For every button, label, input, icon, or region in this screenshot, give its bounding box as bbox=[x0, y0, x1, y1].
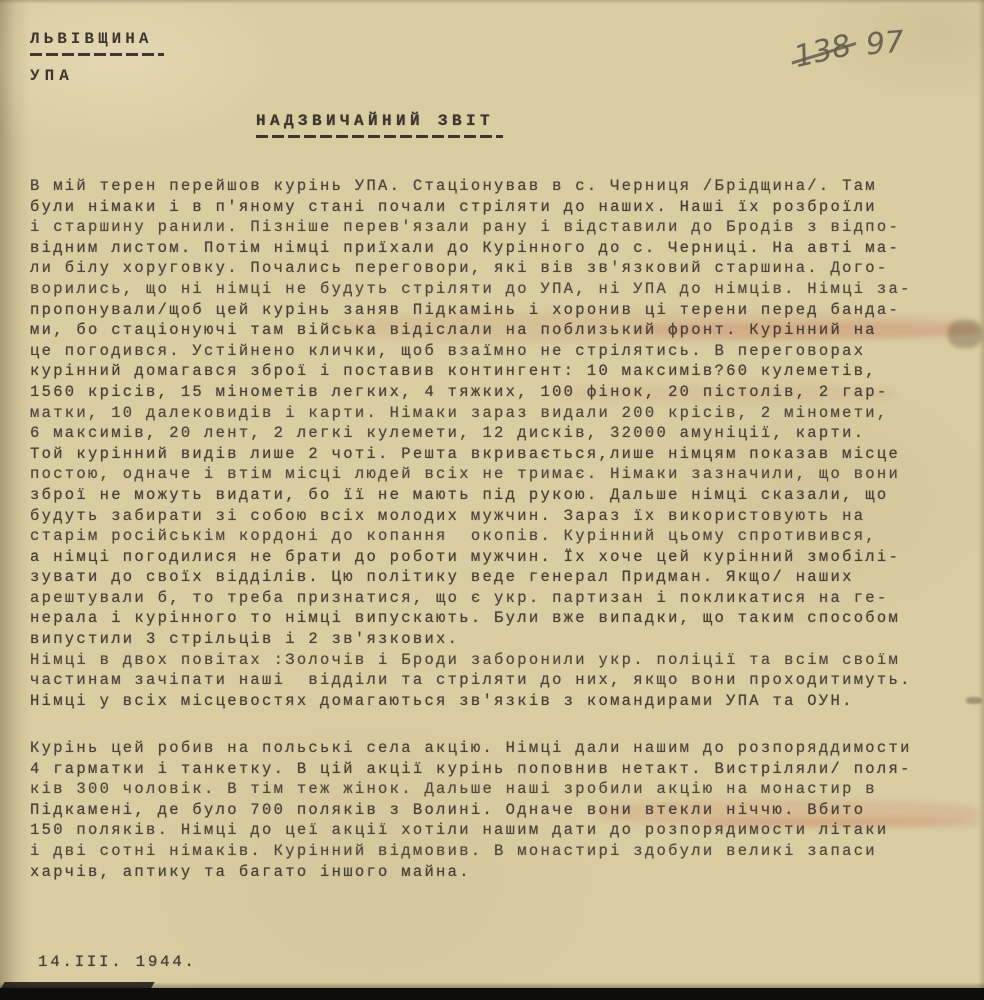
text-line: і дві сотні німаків. Курінний відмовив. … bbox=[30, 841, 976, 862]
text-line: і старшину ранили. Пізніше перев'язали р… bbox=[30, 217, 976, 238]
text-line: були німаки і в п'яному стані почали стр… bbox=[30, 197, 976, 218]
text-line: матки, 10 далековидів і карти. Німаки за… bbox=[30, 403, 976, 424]
text-line: 6 максимів, 20 лент, 2 легкі кулемети, 1… bbox=[30, 423, 976, 444]
text-line: 1560 крісів, 15 мінометів легких, 4 тяжк… bbox=[30, 382, 976, 403]
text-line: це погодився. Устійнено клички, щоб взаї… bbox=[30, 341, 976, 362]
text-line: постою, одначе і втім місці людей всіх н… bbox=[30, 464, 976, 485]
text-line: нерала і курінного то німці випускають. … bbox=[30, 608, 976, 629]
text-line: частинам зачіпати наші відділи та стріля… bbox=[30, 670, 976, 691]
text-line: ли білу хоруговку. Почались переговори, … bbox=[30, 258, 976, 279]
text-line: зувати до своїх відділів. Цю політику ве… bbox=[30, 567, 976, 588]
paragraph-2: Курінь цей робив на польські села акцію.… bbox=[30, 738, 976, 882]
text-line: ків 300 чоловік. В тім теж жінок. Дальше… bbox=[30, 779, 976, 800]
document-title-block: НАДЗВИЧАЙНИЙ ЗВІТ bbox=[256, 112, 503, 138]
scan-edge-right bbox=[978, 0, 984, 1000]
text-line: 4 гарматки і танкетку. В цій акції курін… bbox=[30, 759, 976, 780]
text-line: 150 поляків. Німці до цеї акції хотіли н… bbox=[30, 820, 976, 841]
text-line: будуть забирати зі собою всіх молодих му… bbox=[30, 506, 976, 527]
text-line: ми, бо стаціонуючі там війська відіслали… bbox=[30, 320, 976, 341]
page-number: 97 bbox=[865, 24, 906, 62]
text-line: харчів, аптику та багато іншого майна. bbox=[30, 862, 976, 883]
crossed-out-number: 138 bbox=[791, 28, 855, 75]
document-date: 14.III. 1944. bbox=[38, 953, 197, 971]
text-line: арештували б, то треба признатися, що є … bbox=[30, 588, 976, 609]
text-line: Курінь цей робив на польські села акцію.… bbox=[30, 738, 976, 759]
text-line: Німці у всіх місцевостях домагаються зв'… bbox=[30, 691, 976, 712]
organization-heading: УПА bbox=[30, 67, 164, 85]
text-line: пропонували/щоб цей курінь заняв Підкамі… bbox=[30, 300, 976, 321]
text-line: відним листом. Потім німці приїхали до К… bbox=[30, 238, 976, 259]
text-line: Той курінний видів лише 2 чоті. Решта вк… bbox=[30, 444, 976, 465]
dashed-underline bbox=[30, 53, 164, 56]
text-line: В мій терен перейшов курінь УПА. Стаціон… bbox=[30, 176, 976, 197]
text-line: ворились, що ні німці не будуть стріляти… bbox=[30, 279, 976, 300]
text-line: випустили 3 стрільців і 2 зв'язкових. bbox=[30, 629, 976, 650]
text-line: старім російськім кордоні до копання око… bbox=[30, 526, 976, 547]
paragraph-1: В мій терен перейшов курінь УПА. Стаціон… bbox=[30, 176, 976, 711]
text-line: Німці в двох повітах :Золочів і Броди за… bbox=[30, 650, 976, 671]
letterhead: ЛЬВІВЩИНА УПА bbox=[30, 30, 164, 85]
text-line: зброї не можуть видати, бо її не мають п… bbox=[30, 485, 976, 506]
document-scan: ЛЬВІВЩИНА УПА 138 97 НАДЗВИЧАЙНИЙ ЗВІТ В… bbox=[0, 0, 984, 1000]
text-line: курінний домагався зброї і поставив конт… bbox=[30, 361, 976, 382]
text-line: Підкамені, де було 700 поляків з Волині.… bbox=[30, 800, 976, 821]
scan-edge-top bbox=[0, 0, 984, 4]
dashed-underline bbox=[256, 135, 503, 138]
handwritten-numbers: 138 97 bbox=[788, 24, 978, 88]
text-line: а німці погодилися не брати до роботи му… bbox=[30, 547, 976, 568]
region-heading: ЛЬВІВЩИНА bbox=[30, 30, 164, 48]
document-title: НАДЗВИЧАЙНИЙ ЗВІТ bbox=[256, 112, 503, 130]
scan-edge-bottom bbox=[0, 988, 984, 1000]
